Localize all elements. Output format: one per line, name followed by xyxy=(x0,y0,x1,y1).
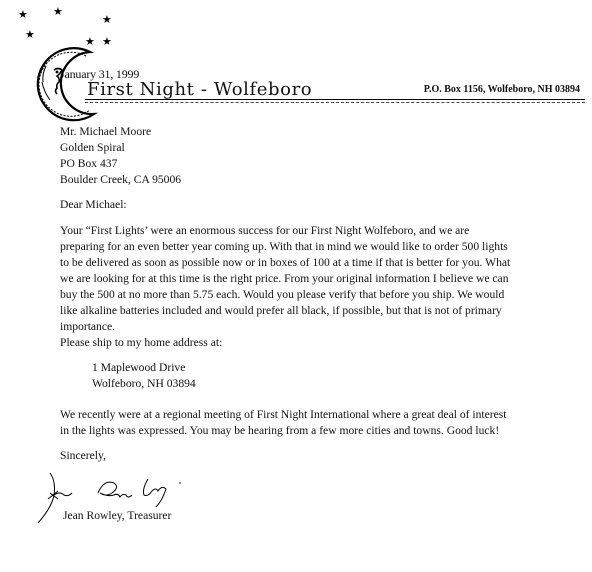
star-icon: ★ xyxy=(53,7,63,18)
shipping-city: Wolfeboro, NH 03894 xyxy=(92,376,196,392)
body-line: Your “First Lights’ were an enormous suc… xyxy=(60,223,580,239)
body-line: like alkaline batteries included and wou… xyxy=(60,303,580,319)
body-line: We recently were at a regional meeting o… xyxy=(60,407,507,423)
star-icon: ★ xyxy=(102,15,112,26)
closing: Sincerely, xyxy=(60,448,106,464)
signer-name: Jean Rowley, Treasurer xyxy=(63,508,171,524)
body-line: to be delivered as soon as possible now … xyxy=(60,255,580,271)
recipient-city: Boulder Creek, CA 95006 xyxy=(60,172,181,188)
body-line: we are looking for at this time is the r… xyxy=(60,271,580,287)
organization-name: First Night - Wolfeboro xyxy=(87,79,312,100)
shipping-street: 1 Maplewood Drive xyxy=(92,360,196,376)
body-paragraph-1: Your “First Lights’ were an enormous suc… xyxy=(60,223,580,335)
header-rule xyxy=(85,99,585,100)
body-line: buy the 500 at no more than 5.75 each. W… xyxy=(60,287,580,303)
body-line: in the lights was expressed. You may be … xyxy=(60,423,507,439)
star-icon: ★ xyxy=(18,10,28,21)
recipient-name: Mr. Michael Moore xyxy=(60,124,181,140)
recipient-address: Mr. Michael Moore Golden Spiral PO Box 4… xyxy=(60,124,181,188)
salutation: Dear Michael: xyxy=(60,197,127,213)
recipient-street: PO Box 437 xyxy=(60,156,181,172)
body-paragraph-2: We recently were at a regional meeting o… xyxy=(60,407,507,439)
body-line: preparing for an even better year coming… xyxy=(60,239,580,255)
recipient-company: Golden Spiral xyxy=(60,140,181,156)
header-rule-dashed xyxy=(85,102,585,103)
shipping-instruction: Please ship to my home address at: xyxy=(60,335,222,351)
organization-address: P.O. Box 1156, Wolfeboro, NH 03894 xyxy=(424,84,580,95)
body-line: importance. xyxy=(60,319,580,335)
shipping-address: 1 Maplewood Drive Wolfeboro, NH 03894 xyxy=(92,360,196,392)
star-icon: ★ xyxy=(25,30,35,41)
